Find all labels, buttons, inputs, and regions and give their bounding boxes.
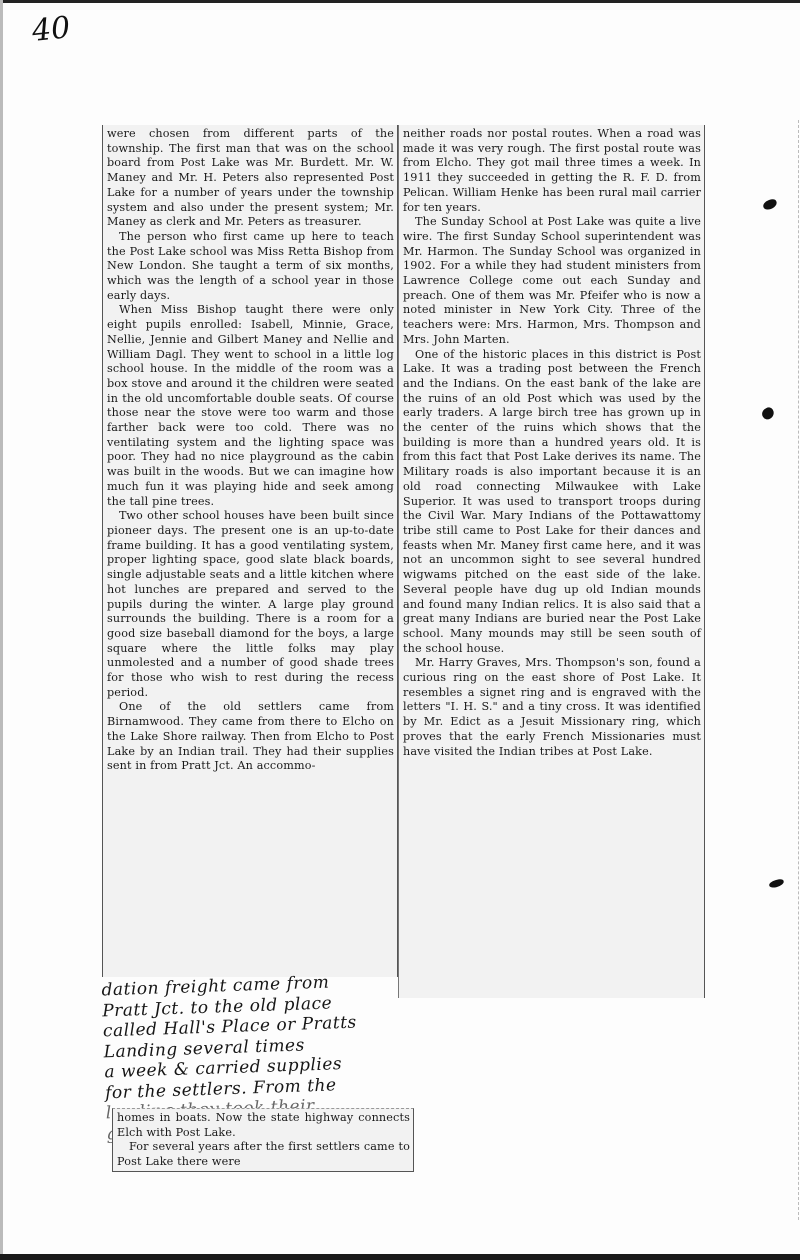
- article-paragraph: One of the old settlers came from Birnam…: [107, 700, 394, 774]
- scan-top-edge: [0, 0, 800, 3]
- ink-blot-mark: [762, 198, 778, 211]
- scan-left-edge: [0, 0, 3, 1260]
- article-paragraph: neither roads nor postal routes. When a …: [403, 127, 701, 215]
- scan-bottom-edge: [0, 1254, 800, 1260]
- article-paragraph: The person who first came up here to tea…: [107, 230, 394, 304]
- article-paragraph: Two other school houses have been built …: [107, 509, 394, 700]
- ink-blot-mark: [768, 878, 784, 889]
- article-paragraph: When Miss Bishop taught there were only …: [107, 303, 394, 509]
- article-paragraph: For several years after the first settle…: [117, 1140, 410, 1169]
- article-paragraph: Mr. Harry Graves, Mrs. Thompson's son, f…: [403, 656, 701, 759]
- article-paragraph: were chosen from different parts of the …: [107, 127, 394, 230]
- article-paragraph: homes in boats. Now the state highway co…: [117, 1111, 410, 1140]
- article-paragraph: One of the historic places in this distr…: [403, 348, 701, 657]
- ink-blot-mark: [760, 406, 776, 422]
- article-column-right: neither roads nor postal routes. When a …: [398, 125, 705, 998]
- article-column-left-continuation: homes in boats. Now the state highway co…: [112, 1108, 414, 1172]
- handwritten-page-number: 40: [30, 10, 72, 49]
- article-column-left: were chosen from different parts of the …: [102, 125, 398, 977]
- article-paragraph: The Sunday School at Post Lake was quite…: [403, 215, 701, 347]
